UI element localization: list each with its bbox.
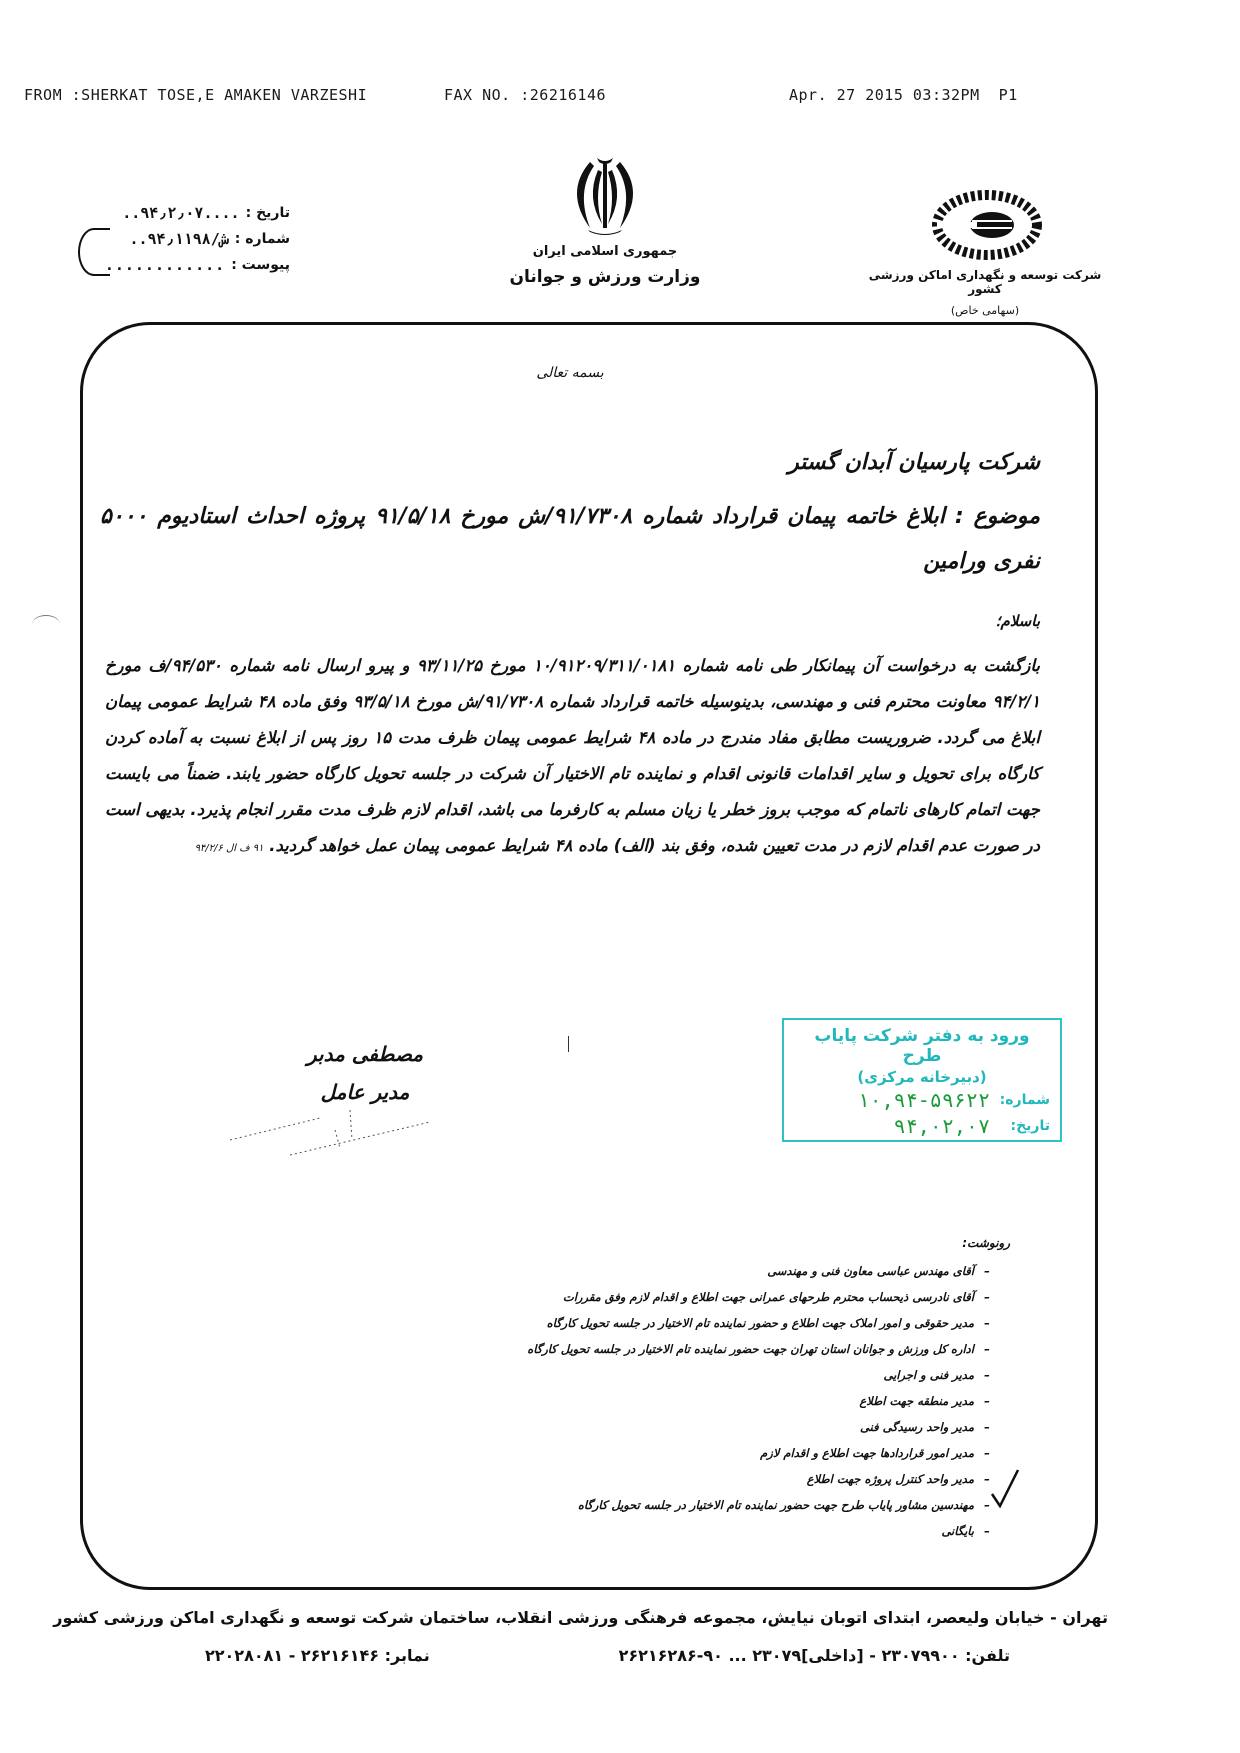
ministry-header: جمهوری اسلامی ایران وزارت ورزش و جوانان xyxy=(470,244,740,287)
cc-item: –مدیر واحد کنترل پروژه جهت اطلاع xyxy=(480,1466,1000,1492)
greeting: باسلام؛ xyxy=(996,612,1040,630)
meta-attachment: پیوست : ............ xyxy=(100,252,290,278)
cc-item: –مدیر حقوقی و امور املاک جهت اطلاع و حضو… xyxy=(480,1310,1000,1336)
company-name: شرکت توسعه و نگهداری اماکن ورزشی کشور (س… xyxy=(850,268,1120,317)
dash-icon: – xyxy=(974,1342,1000,1356)
recipient: شرکت پارسیان آبدان گستر xyxy=(788,450,1040,475)
cc-item: –آقای نادرسی ذیحساب محترم طرحهای عمرانی … xyxy=(480,1284,1000,1310)
meta-attachment-label: پیوست : xyxy=(231,257,290,273)
signature-scribble-icon xyxy=(230,1100,440,1160)
stamp-number-row: شماره: ۱۰,۹۴-۵۹۶۲۲ xyxy=(794,1088,1050,1112)
stamp-number-value: ۱۰,۹۴-۵۹۶۲۲ xyxy=(858,1088,990,1112)
letter-body-text: بازگشت به درخواست آن پیمانکار طی نامه شم… xyxy=(105,656,1040,855)
stamp-date-label: تاریخ: xyxy=(1002,1118,1050,1134)
cc-item: –مدیر منطقه جهت اطلاع xyxy=(480,1388,1000,1414)
margin-arc-mark xyxy=(32,615,60,634)
stamp-title: ورود به دفتر شرکت پایاب طرح xyxy=(794,1026,1050,1066)
company-logo-icon xyxy=(932,190,1042,260)
meta-number-label: شماره : xyxy=(235,231,290,247)
cc-item: –مدیر واحد رسیدگی فنی xyxy=(480,1414,1000,1440)
dash-icon: – xyxy=(974,1316,1000,1330)
meta-date-value: ..۹۴٫۲٫۰۷.... xyxy=(122,204,239,222)
cc-list: –آقای مهندس عباسی معاون فنی و مهندسی –آق… xyxy=(480,1258,1000,1544)
republic-name: جمهوری اسلامی ایران xyxy=(470,244,740,259)
iran-emblem-icon xyxy=(560,152,650,236)
company-name-text: شرکت توسعه و نگهداری اماکن ورزشی کشور xyxy=(850,268,1120,296)
footer-fax: نمابر: ۲۶۲۱۶۱۴۶ - ۲۲۰۲۸۰۸۱ xyxy=(205,1646,430,1665)
meta-date-label: تاریخ : xyxy=(246,205,290,221)
letter-body-annotation: ۹۱ ف ال ۹۴/۲/۶ xyxy=(195,843,264,854)
dash-icon: – xyxy=(974,1368,1000,1382)
dash-icon: – xyxy=(974,1394,1000,1408)
meta-number: شماره : ..۹۴٫۱۱۹۸/ش xyxy=(100,226,290,252)
cc-item: –مدیر فنی و اجرایی xyxy=(480,1362,1000,1388)
footer-address: تهران - خیابان ولیعصر، ابتدای اتوبان نیا… xyxy=(53,1608,1108,1627)
text-cursor-mark xyxy=(568,1036,569,1052)
stamp-subtitle: (دبیرخانه مرکزی) xyxy=(794,1068,1050,1086)
fax-number: FAX NO. :26216146 xyxy=(444,86,606,104)
cc-item: –بایگانی xyxy=(480,1518,1000,1544)
fax-datetime-page: Apr. 27 2015 03:32PM P1 xyxy=(789,86,1018,104)
cc-item: –مهندسین مشاور پایاب طرح جهت حضور نمایند… xyxy=(480,1492,1000,1518)
stamp-date-row: تاریخ: ۹۴,۰۲,۰۷ xyxy=(794,1114,1050,1138)
company-type: (سهامی خاص) xyxy=(850,304,1120,317)
subject: موضوع : ابلاغ خاتمه پیمان قرارداد شماره … xyxy=(100,494,1040,584)
fax-from: FROM :SHERKAT TOSE,E AMAKEN VARZESHI xyxy=(24,86,367,104)
letter-meta: تاریخ : ..۹۴٫۲٫۰۷.... شماره : ..۹۴٫۱۱۹۸/… xyxy=(100,200,290,278)
cc-item: –آقای مهندس عباسی معاون فنی و مهندسی xyxy=(480,1258,1000,1284)
signatory-name: مصطفی مدبر xyxy=(285,1042,445,1066)
meta-attachment-value: ............ xyxy=(105,256,225,274)
stamp-date-value: ۹۴,۰۲,۰۷ xyxy=(894,1114,990,1138)
dash-icon: – xyxy=(974,1420,1000,1434)
handwritten-checkmark-icon xyxy=(990,1468,1020,1508)
handwritten-bracket-mark xyxy=(78,228,110,276)
signature-block: مصطفی مدبر مدیر عامل xyxy=(285,1042,445,1104)
dash-icon: – xyxy=(974,1524,1000,1538)
cc-item: –اداره کل ورزش و جوانان استان تهران جهت … xyxy=(480,1336,1000,1362)
meta-date: تاریخ : ..۹۴٫۲٫۰۷.... xyxy=(100,200,290,226)
dash-icon: – xyxy=(974,1264,1000,1278)
basmala: بسمه تعالی xyxy=(520,365,620,381)
stamp-number-label: شماره: xyxy=(1002,1092,1050,1108)
dash-icon: – xyxy=(974,1290,1000,1304)
footer-phone: تلفن: ۲۳۰۷۹۹۰۰ - [داخلی]۲۳۰۷۹ ... ۹۰-۲۶۲… xyxy=(619,1646,1010,1665)
meta-number-value: ..۹۴٫۱۱۹۸/ش xyxy=(129,230,228,248)
ministry-name: وزارت ورزش و جوانان xyxy=(470,267,740,287)
cc-item: –مدیر امور قراردادها جهت اطلاع و اقدام ل… xyxy=(480,1440,1000,1466)
letter-body: بازگشت به درخواست آن پیمانکار طی نامه شم… xyxy=(105,648,1040,867)
received-stamp: ورود به دفتر شرکت پایاب طرح (دبیرخانه مر… xyxy=(782,1018,1062,1142)
cc-label: رونوشت: xyxy=(962,1236,1010,1250)
dash-icon: – xyxy=(974,1446,1000,1460)
